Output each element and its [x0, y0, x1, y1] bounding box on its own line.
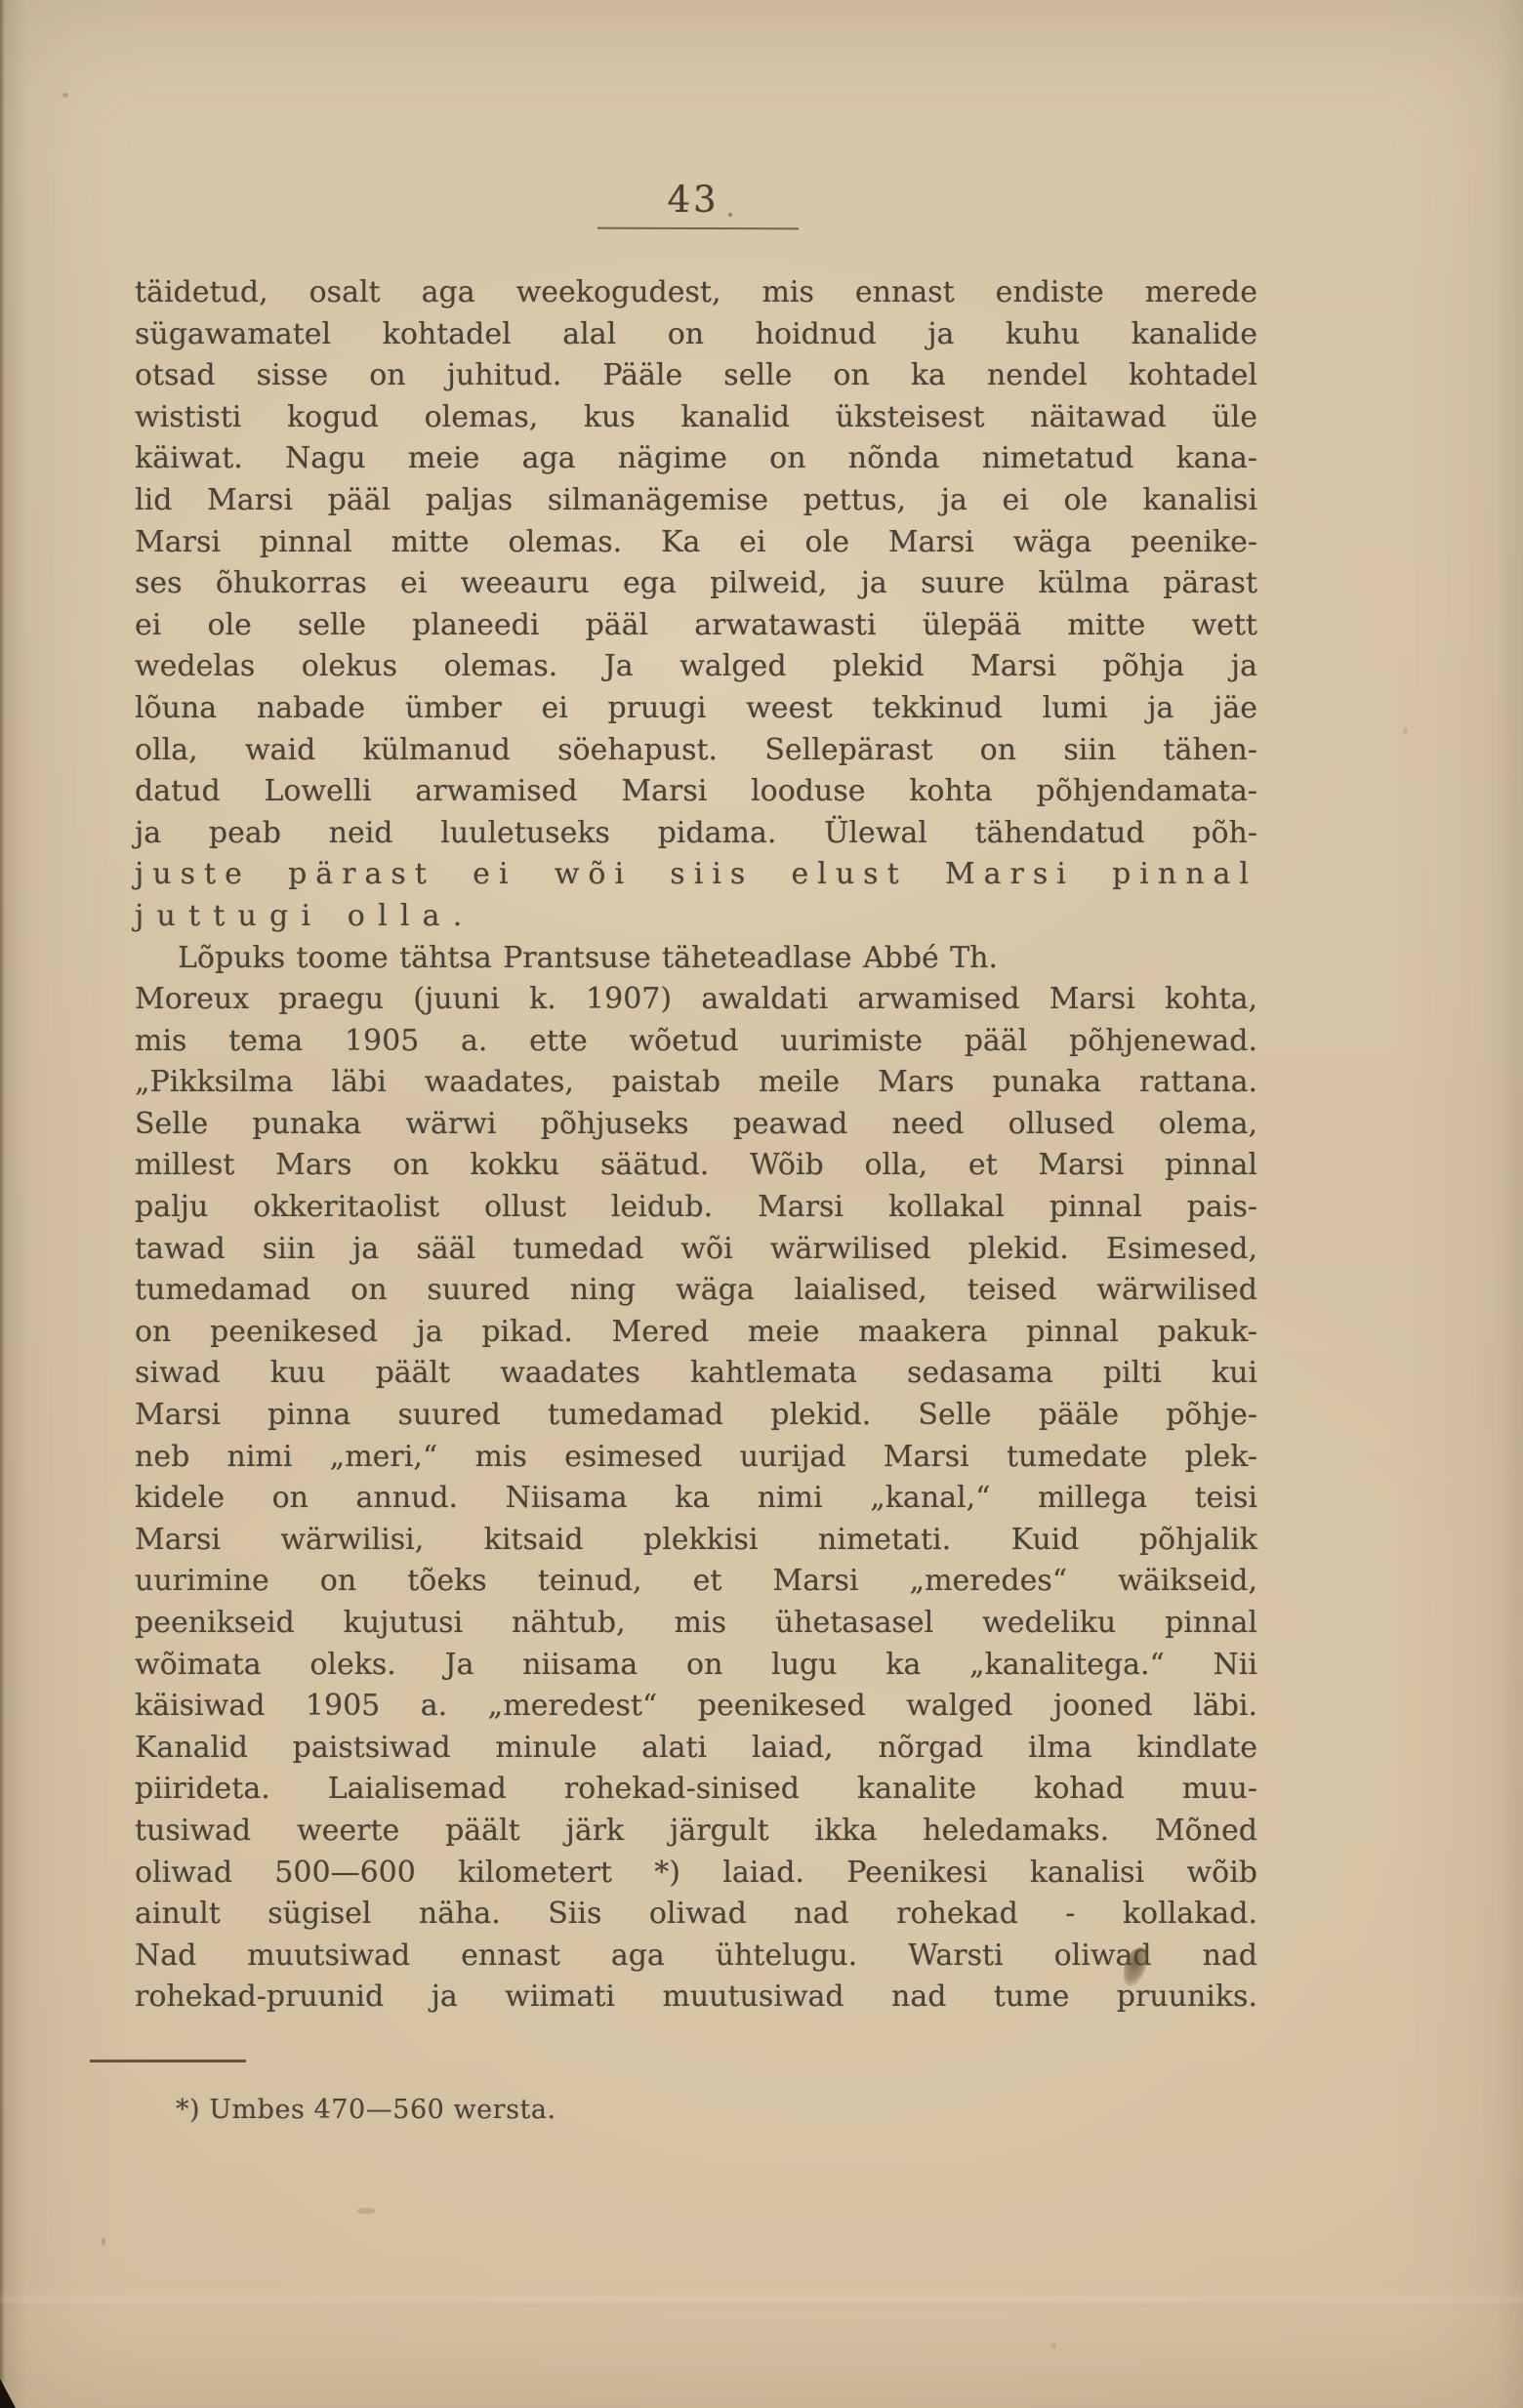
text-line: Marsi wärwilisi, kitsaid plekkisi nimeta…	[135, 1520, 1257, 1562]
text-line: ainult sügisel näha. Siis oliwad nad roh…	[135, 1894, 1257, 1936]
paper-speck	[62, 93, 68, 98]
text-line: mis tema 1905 a. ette wõetud uurimiste p…	[135, 1021, 1257, 1063]
scan-edge-left	[0, 0, 5, 2408]
text-line: uurimine on tõeks teinud, et Marsi „mere…	[135, 1561, 1257, 1603]
text-line: Marsi pinna suured tumedamad plekid. Sel…	[135, 1395, 1257, 1437]
text-line: millest Mars on kokku säätud. Wõib olla,…	[135, 1145, 1257, 1187]
text-line: ei ole selle planeedi pääl arwatawasti ü…	[135, 605, 1257, 647]
text-line: lõuna nabade ümber ei pruugi weest tekki…	[135, 688, 1257, 730]
text-line: käisiwad 1905 a. „meredest“ peenikesed w…	[135, 1686, 1257, 1728]
footnote-text: *) Umbes 470—560 wersta.	[176, 2095, 556, 2125]
text-line: Nad muutsiwad ennast aga ühtelugu. Warst…	[135, 1936, 1257, 1978]
text-line: juttugi olla.	[135, 896, 1257, 938]
text-line: piirideta. Laialisemad rohekad-sinised k…	[135, 1769, 1257, 1811]
text-line: ja peab neid luuletuseks pidama. Ülewal …	[135, 813, 1257, 855]
text-line: tumedamad on suured ning wäga laialised,…	[135, 1270, 1257, 1312]
text-line: tusiwad weerte päält järk järgult ikka h…	[135, 1811, 1257, 1853]
text-line: ses õhukorras ei weeauru ega pilweid, ja…	[135, 563, 1257, 605]
text-line: oliwad 500—600 kilometert *) laiad. Peen…	[135, 1853, 1257, 1895]
text-line: olla, waid külmanud söehapust. Sellepära…	[135, 730, 1257, 772]
text-line: datud Lowelli arwamised Marsi looduse ko…	[135, 771, 1257, 813]
paper-speck	[357, 2208, 375, 2214]
text-line: Selle punaka wärwi põhjuseks peawad need…	[135, 1104, 1257, 1146]
text-line: tawad siin ja sääl tumedad wõi wärwilise…	[135, 1229, 1257, 1271]
text-line: kidele on annud. Niisama ka nimi „kanal,…	[135, 1478, 1257, 1520]
ink-speck	[728, 213, 732, 217]
text-line: täidetud, osalt aga weekogudest, mis enn…	[135, 272, 1257, 314]
text-line: wististi kogud olemas, kus kanalid ükste…	[135, 397, 1257, 439]
body-text-block: täidetud, osalt aga weekogudest, mis enn…	[135, 272, 1257, 2019]
paper-speck	[1403, 727, 1408, 735]
text-line: neb nimi „meri,“ mis esimesed uurijad Ma…	[135, 1437, 1257, 1479]
text-line: siwad kuu päält waadates kahtlemata seda…	[135, 1353, 1257, 1395]
text-line: peenikseid kujutusi nähtub, mis ühetasas…	[135, 1603, 1257, 1645]
text-line: wõimata oleks. Ja niisama on lugu ka „ka…	[135, 1645, 1257, 1687]
text-line: Moreux praegu (juuni k. 1907) awaldati a…	[135, 979, 1257, 1021]
page-number-rule	[597, 227, 799, 230]
text-line: käiwat. Nagu meie aga nägime on nõnda ni…	[135, 438, 1257, 480]
text-line: wedelas olekus olemas. Ja walged plekid …	[135, 646, 1257, 688]
text-line: Kanalid paistsiwad minule alati laiad, n…	[135, 1728, 1257, 1770]
text-line: juste pärast ei wõi siis elust Marsi pin…	[135, 854, 1257, 896]
paper-speck	[1050, 2343, 1056, 2348]
scan-corner-bottom-left	[0, 2379, 16, 2408]
paper-speck	[102, 2237, 105, 2246]
paper-fold-line	[0, 2292, 1523, 2307]
page-number: 43	[625, 179, 761, 221]
footnote-rule	[90, 2060, 246, 2062]
text-line: on peenikesed ja pikad. Mered meie maake…	[135, 1312, 1257, 1354]
text-line: Lõpuks toome tähtsa Prantsuse täheteadla…	[135, 938, 1257, 980]
text-line: Marsi pinnal mitte olemas. Ka ei ole Mar…	[135, 522, 1257, 564]
text-line: otsad sisse on juhitud. Pääle selle on k…	[135, 355, 1257, 397]
text-line: palju okkeritaolist ollust leidub. Marsi…	[135, 1187, 1257, 1229]
text-line: sügawamatel kohtadel alal on hoidnud ja …	[135, 314, 1257, 356]
text-line: rohekad-pruunid ja wiimati muutusiwad na…	[135, 1977, 1257, 2019]
text-line: „Pikksilma läbi waadates, paistab meile …	[135, 1062, 1257, 1104]
text-line: lid Marsi pääl paljas silmanägemise pett…	[135, 480, 1257, 522]
book-page: 43 täidetud, osalt aga weekogudest, mis …	[0, 0, 1523, 2408]
